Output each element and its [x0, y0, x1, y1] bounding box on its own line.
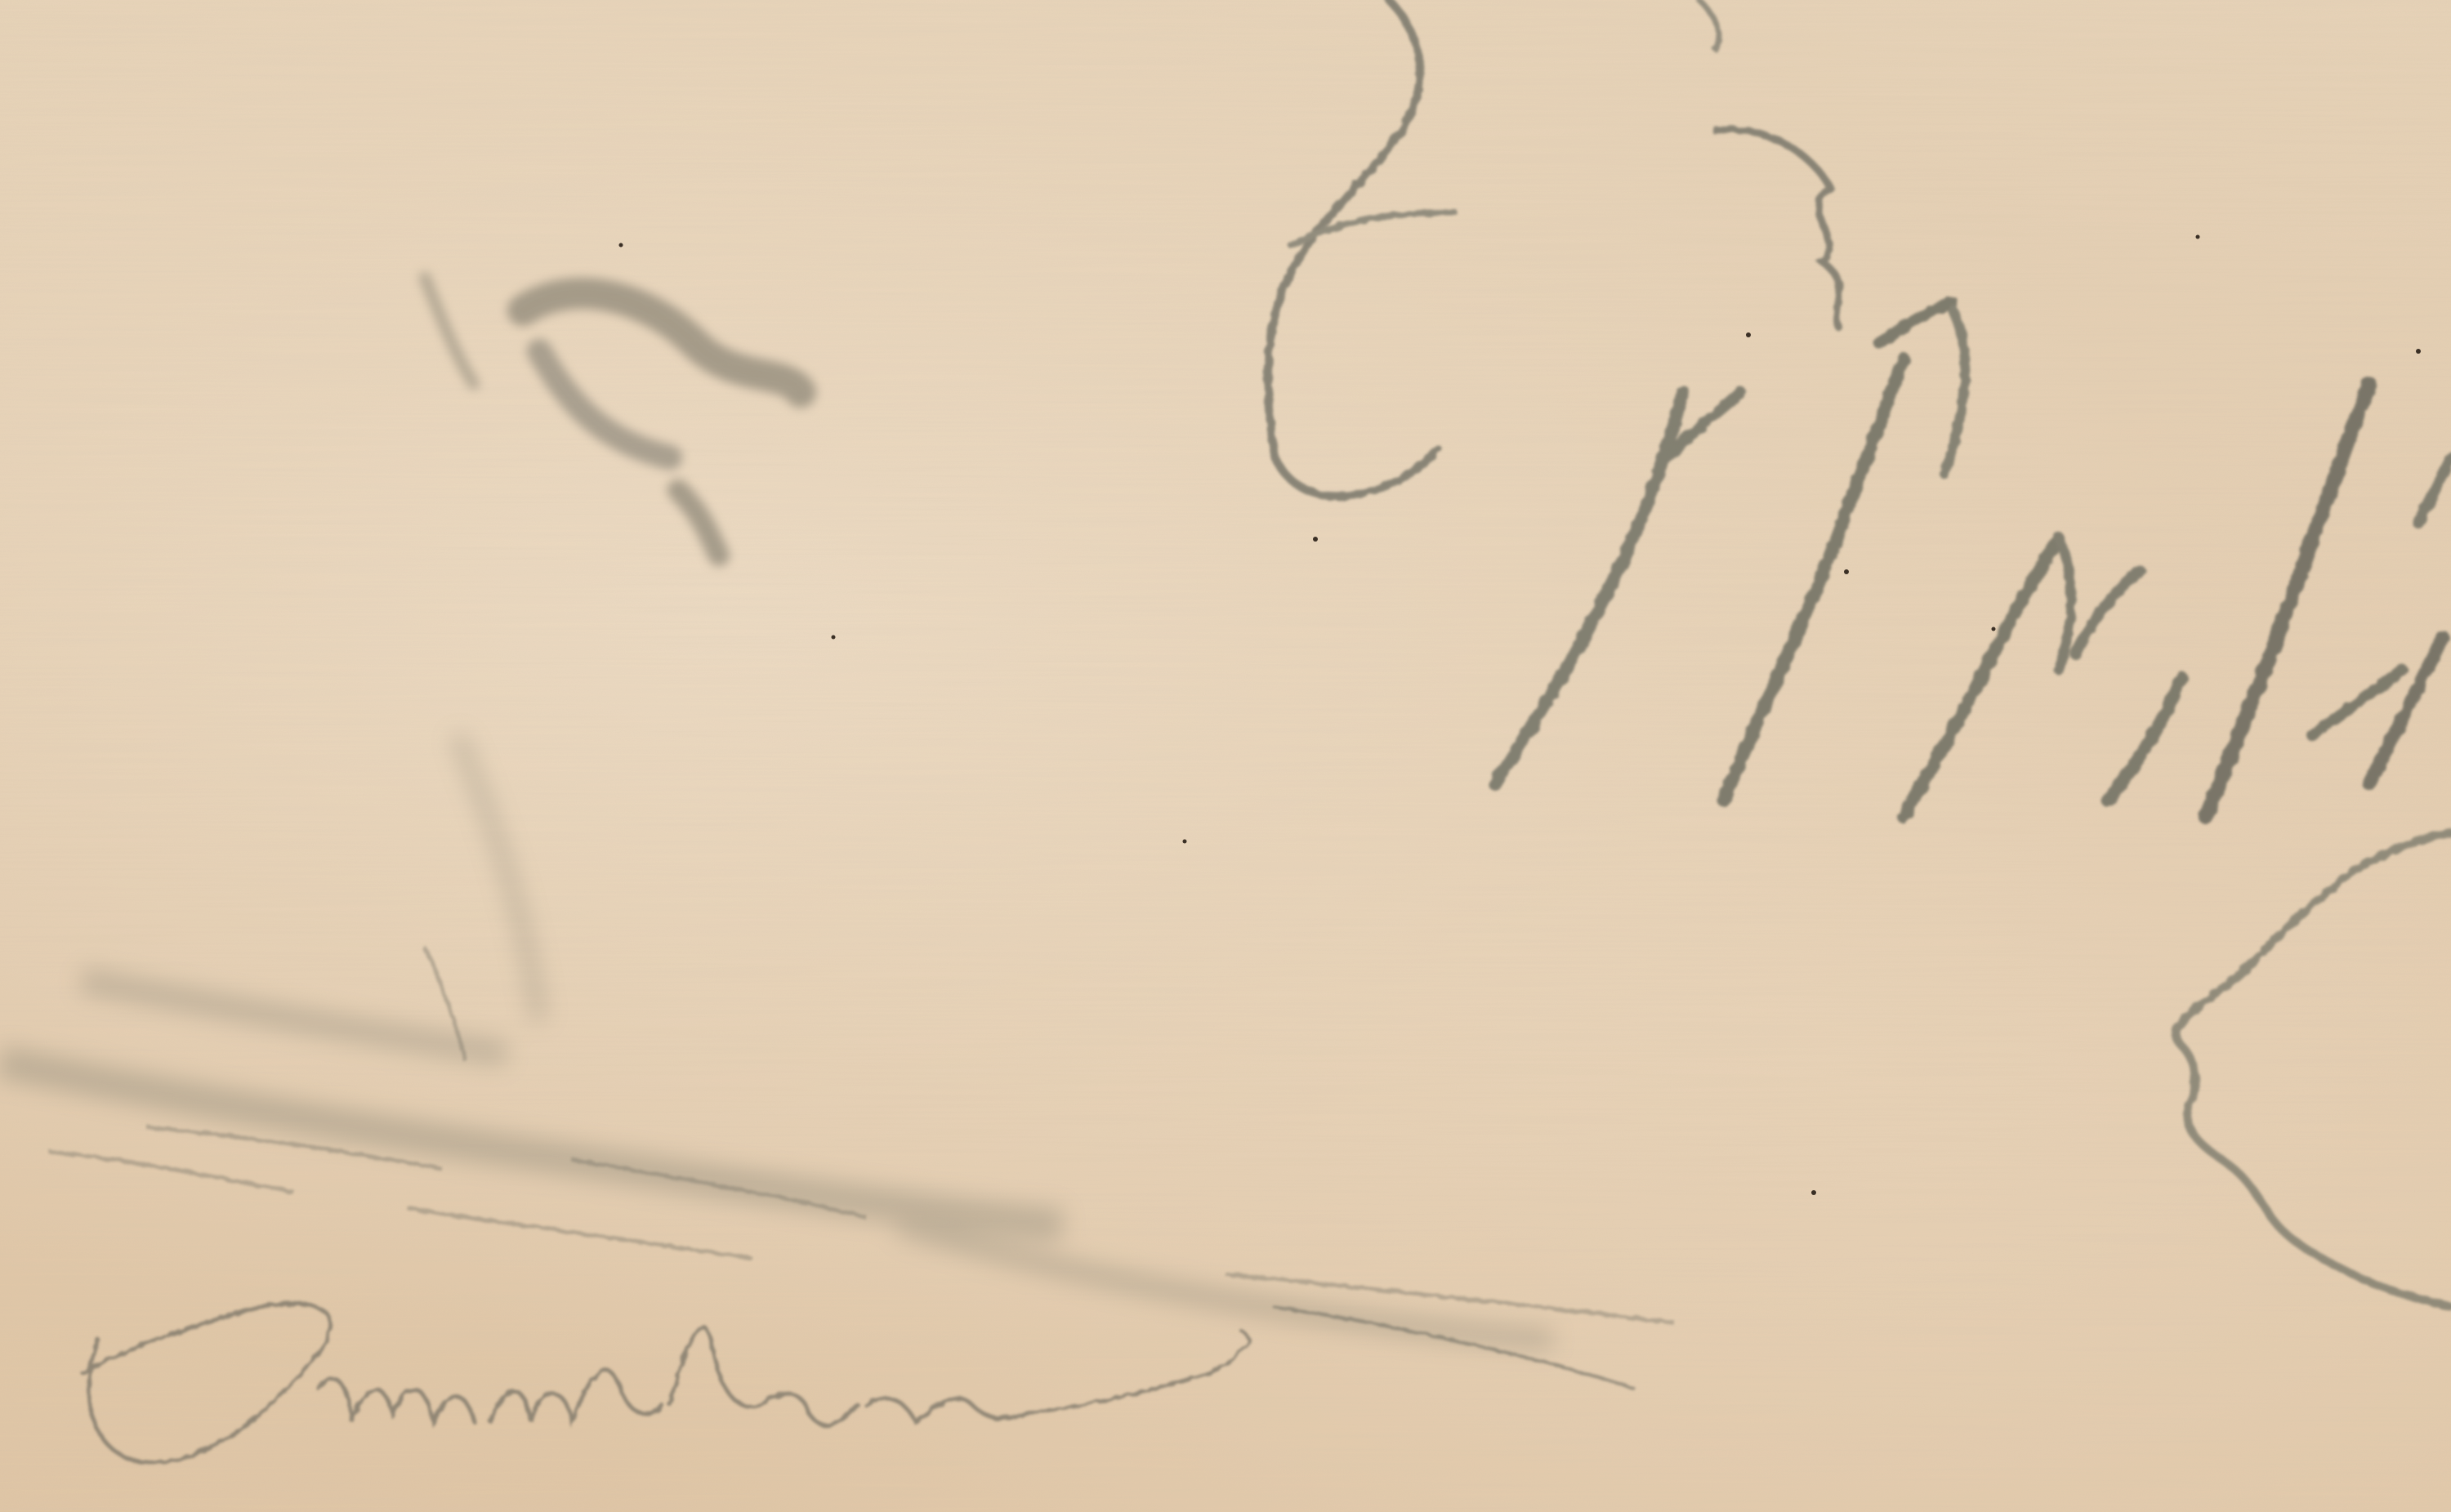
sketch-drawing: [0, 0, 2451, 1512]
paper-grain-texture: [0, 0, 2451, 1512]
sketch-paper: pencil sketch on aged paper (detail): [0, 0, 2451, 1512]
